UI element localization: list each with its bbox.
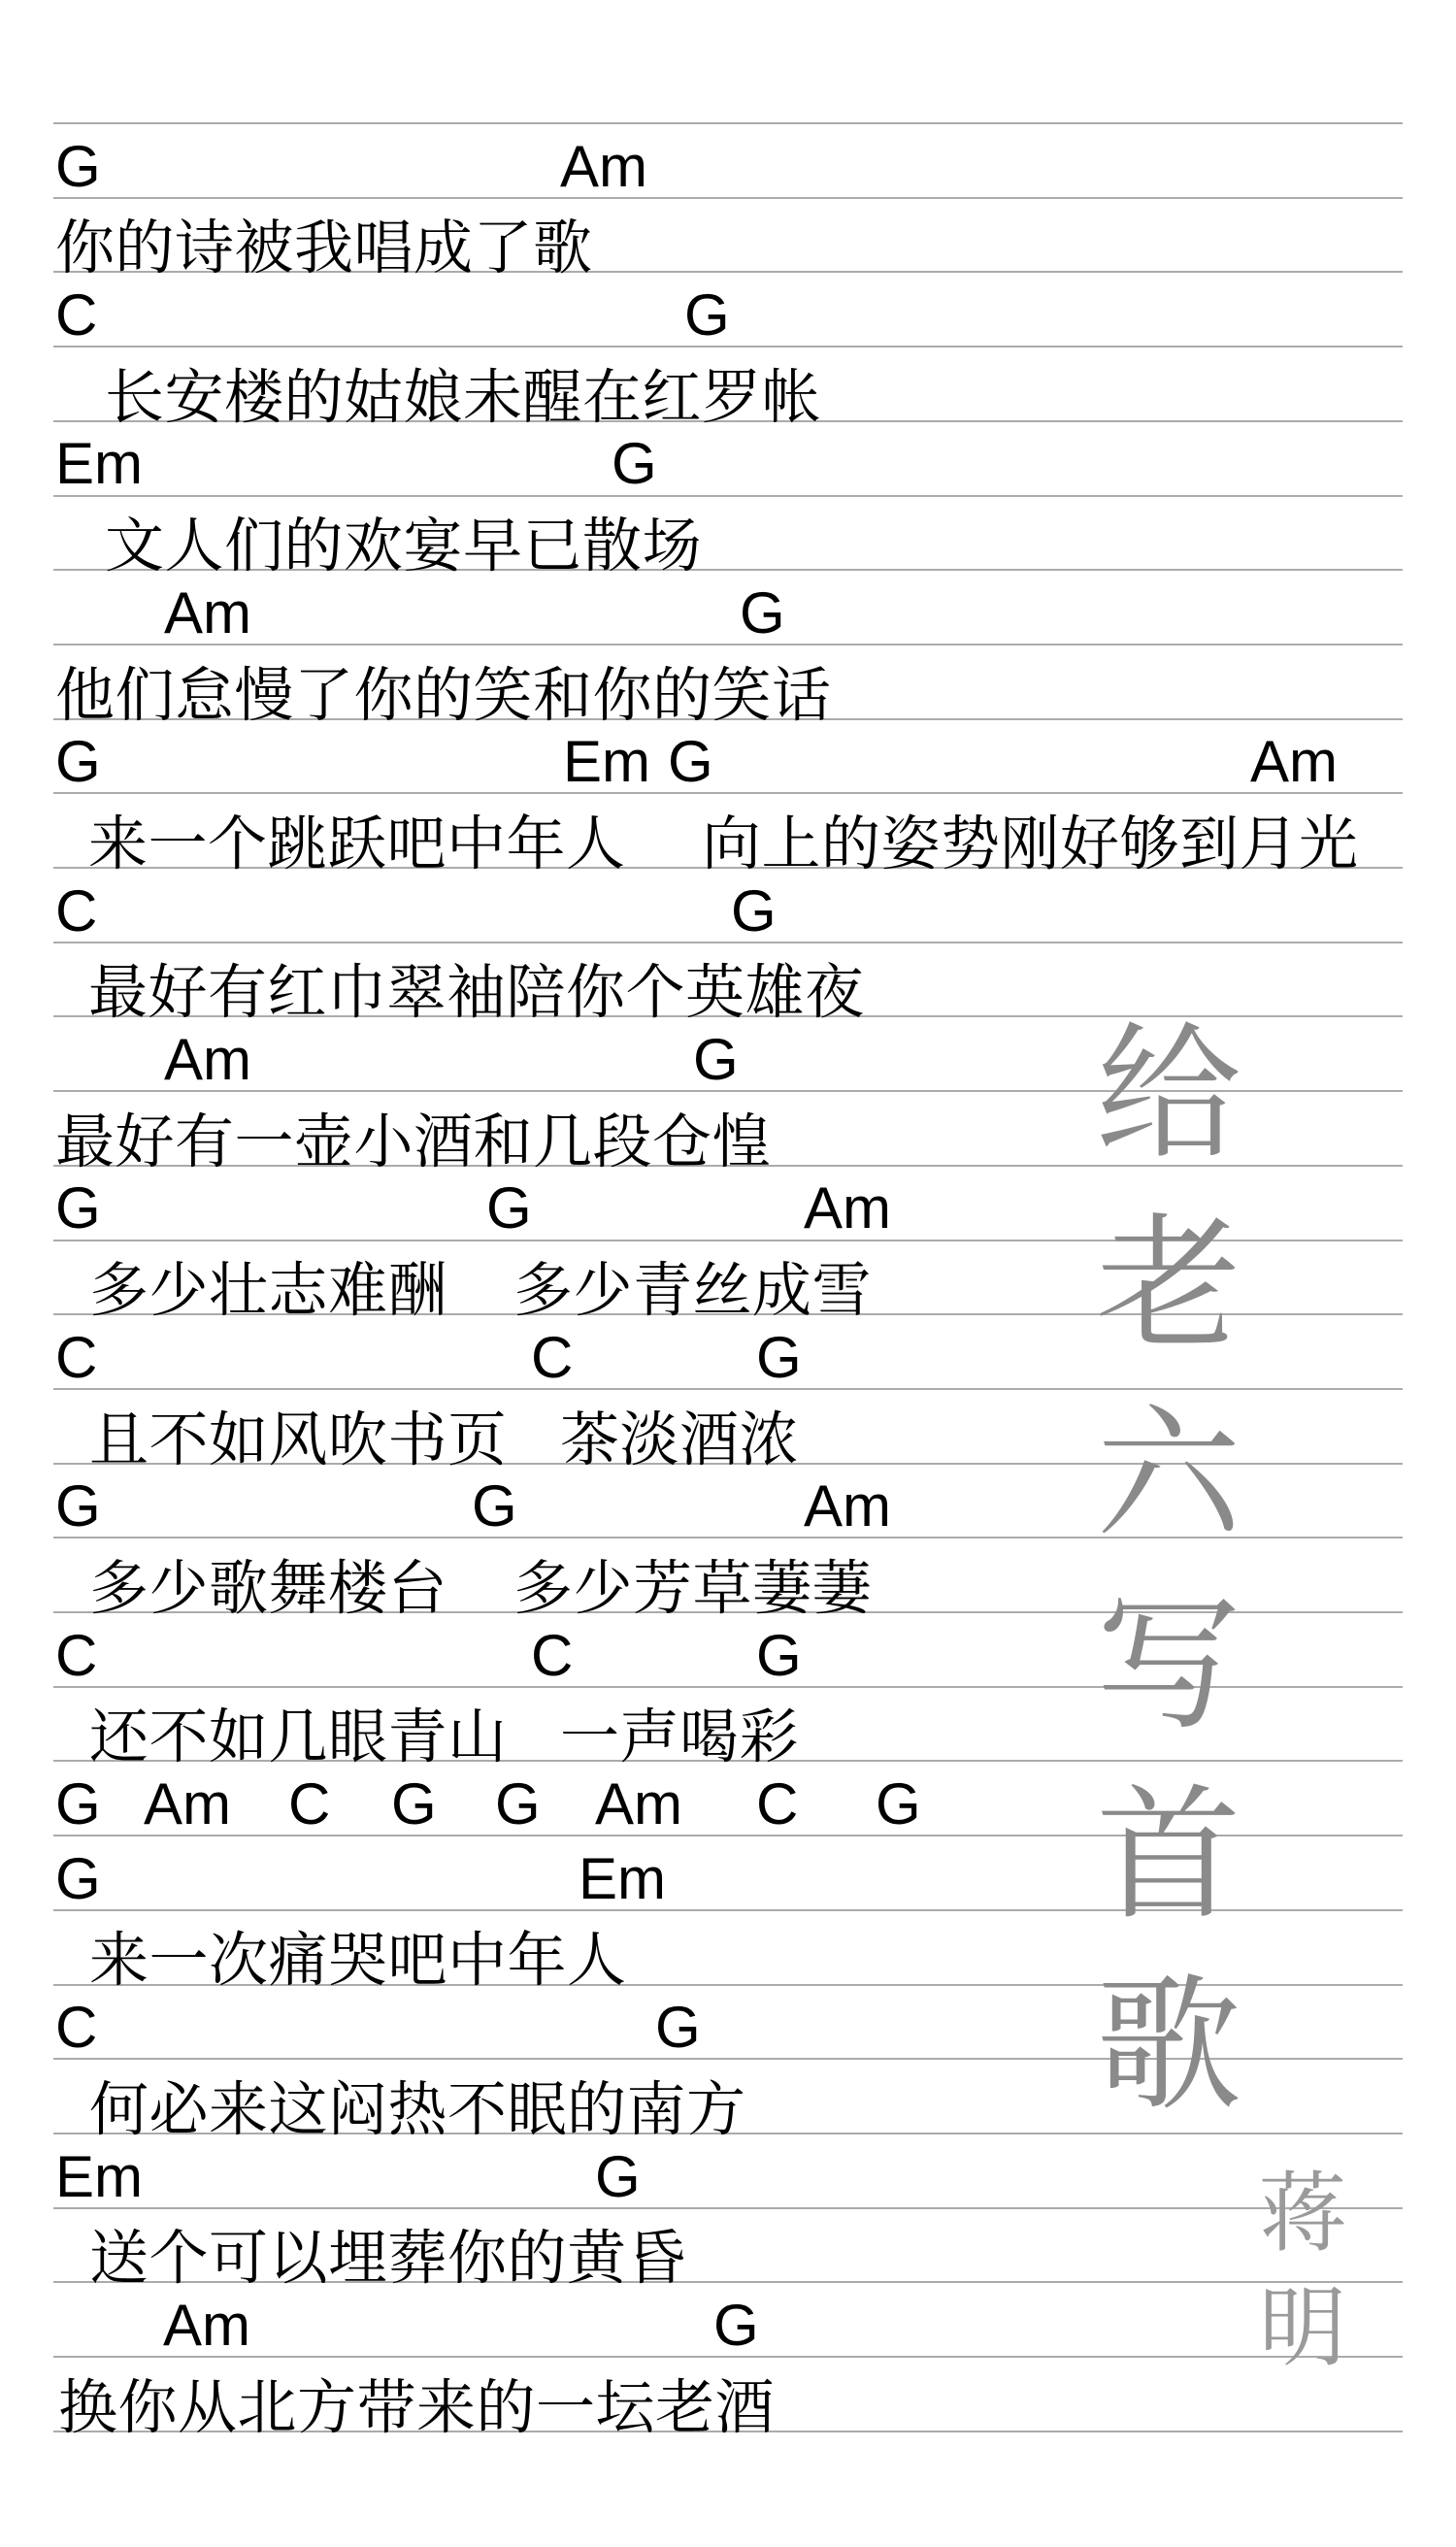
lyric-text: 换你从北方带来的一坛老酒 — [58, 2378, 775, 2437]
chord-row: AmG — [0, 2282, 1456, 2357]
chord-symbol: G — [55, 1477, 101, 1536]
chord-symbol: C — [55, 286, 97, 345]
chord-row: CG — [0, 868, 1456, 943]
title-char: 歌 — [1091, 1951, 1246, 2141]
chord-symbol: G — [756, 1627, 802, 1685]
lyric-text: 何必来这闷热不眠的南方 — [89, 2080, 746, 2139]
chord-symbol: C — [55, 1999, 97, 2057]
lyric-row: 长安楼的姑娘未醒在红罗帐 — [0, 347, 1456, 421]
lyric-text: 向上的姿势刚好够到月光 — [702, 814, 1359, 874]
lyric-text: 多少歌舞楼台 — [89, 1559, 447, 1618]
lyric-text: 多少壮志难酬 — [89, 1261, 447, 1320]
title-char: 给 — [1091, 1000, 1246, 1190]
chord-symbol: C — [55, 1329, 97, 1387]
chord-symbol: G — [55, 733, 101, 791]
chord-symbol: G — [486, 1179, 532, 1238]
chord-symbol: Am — [163, 2297, 250, 2355]
lyric-text: 长安楼的姑娘未醒在红罗帐 — [105, 368, 821, 427]
chord-symbol: G — [684, 286, 730, 345]
chord-symbol: Am — [804, 1179, 891, 1238]
chord-symbol: G — [495, 1775, 541, 1834]
lyric-row: 送个可以埋葬你的黄昏 — [0, 2208, 1456, 2283]
chord-symbol: G — [876, 1775, 921, 1834]
chord-symbol: G — [55, 1775, 101, 1834]
chord-symbol: Em — [55, 2148, 143, 2206]
chord-symbol: G — [391, 1775, 437, 1834]
chord-symbol: G — [55, 1850, 101, 1908]
chord-symbol: C — [288, 1775, 330, 1834]
chord-symbol: Em — [579, 1850, 666, 1908]
chord-row: CG — [0, 272, 1456, 347]
chord-symbol: C — [531, 1329, 573, 1387]
chord-symbol: Am — [595, 1775, 682, 1834]
chord-symbol: Am — [144, 1775, 231, 1834]
chord-symbol: Em — [563, 733, 650, 791]
lyric-text: 多少青丝成雪 — [513, 1261, 872, 1320]
chord-symbol: G — [595, 2148, 641, 2206]
lyric-text: 文人们的欢宴早已散场 — [105, 516, 702, 576]
lyric-row: 来一个跳跃吧中年人向上的姿势刚好够到月光 — [0, 793, 1456, 868]
artist-char: 明 — [1254, 2271, 1351, 2386]
lyric-text: 茶淡酒浓 — [560, 1410, 799, 1470]
chord-row: AmG — [0, 570, 1456, 645]
chord-symbol: G — [655, 1999, 701, 2057]
chord-symbol: G — [713, 2297, 759, 2355]
lyric-text: 来一个跳跃吧中年人 — [88, 814, 626, 874]
lyric-text: 最好有一壶小酒和几段仓惶 — [55, 1112, 772, 1172]
chord-row: EmG — [0, 421, 1456, 496]
chord-symbol: G — [612, 435, 657, 493]
chord-row: GEmGAm — [0, 719, 1456, 794]
chord-symbol: G — [731, 882, 777, 941]
chord-symbol: G — [55, 138, 101, 196]
lyric-row: 文人们的欢宴早已散场 — [0, 496, 1456, 571]
chord-symbol: G — [693, 1031, 739, 1089]
chord-symbol: Am — [1250, 733, 1338, 791]
chord-row: GAm — [0, 123, 1456, 198]
chord-sheet: GAm你的诗被我唱成了歌CG长安楼的姑娘未醒在红罗帐EmG文人们的欢宴早已散场A… — [0, 0, 1456, 2547]
title-char: 老 — [1091, 1190, 1246, 1380]
chord-symbol: Am — [804, 1477, 891, 1536]
chord-symbol: C — [756, 1775, 798, 1834]
title-char: 六 — [1091, 1380, 1246, 1571]
lyric-row: 换你从北方带来的一坛老酒 — [0, 2357, 1456, 2431]
chord-symbol: C — [55, 1627, 97, 1685]
lyric-text: 来一次痛哭吧中年人 — [89, 1931, 627, 1990]
lyric-text: 你的诗被我唱成了歌 — [55, 218, 593, 278]
lyric-text: 多少芳草萋萋 — [513, 1559, 872, 1618]
song-title: 给 老 六 写 首 歌 — [1091, 1000, 1246, 2141]
chord-symbol: Am — [164, 584, 251, 643]
lyric-row: 他们怠慢了你的笑和你的笑话 — [0, 645, 1456, 719]
lyric-text: 一声喝彩 — [560, 1707, 799, 1767]
lyric-text: 他们怠慢了你的笑和你的笑话 — [55, 666, 832, 725]
title-char: 首 — [1091, 1761, 1246, 1951]
artist-char: 蒋 — [1254, 2157, 1351, 2271]
lyric-row: 你的诗被我唱成了歌 — [0, 198, 1456, 273]
chord-row: EmG — [0, 2134, 1456, 2208]
song-artist: 蒋 明 — [1254, 2157, 1351, 2386]
lyric-text: 且不如风吹书页 — [89, 1410, 508, 1470]
chord-symbol: G — [668, 733, 713, 791]
lyric-text: 送个可以埋葬你的黄昏 — [89, 2229, 686, 2288]
chord-symbol: G — [55, 1179, 101, 1238]
chord-symbol: Am — [164, 1031, 251, 1089]
title-char: 写 — [1091, 1571, 1246, 1761]
chord-symbol: G — [756, 1329, 802, 1387]
chord-symbol: G — [740, 584, 785, 643]
chord-symbol: Em — [55, 435, 143, 493]
chord-symbol: Am — [560, 138, 647, 196]
chord-symbol: G — [472, 1477, 517, 1536]
lyric-text: 最好有红巾翠袖陪你个英雄夜 — [88, 963, 865, 1022]
chord-symbol: C — [55, 882, 97, 941]
chord-symbol: C — [531, 1627, 573, 1685]
lyric-text: 还不如几眼青山 — [89, 1707, 508, 1767]
